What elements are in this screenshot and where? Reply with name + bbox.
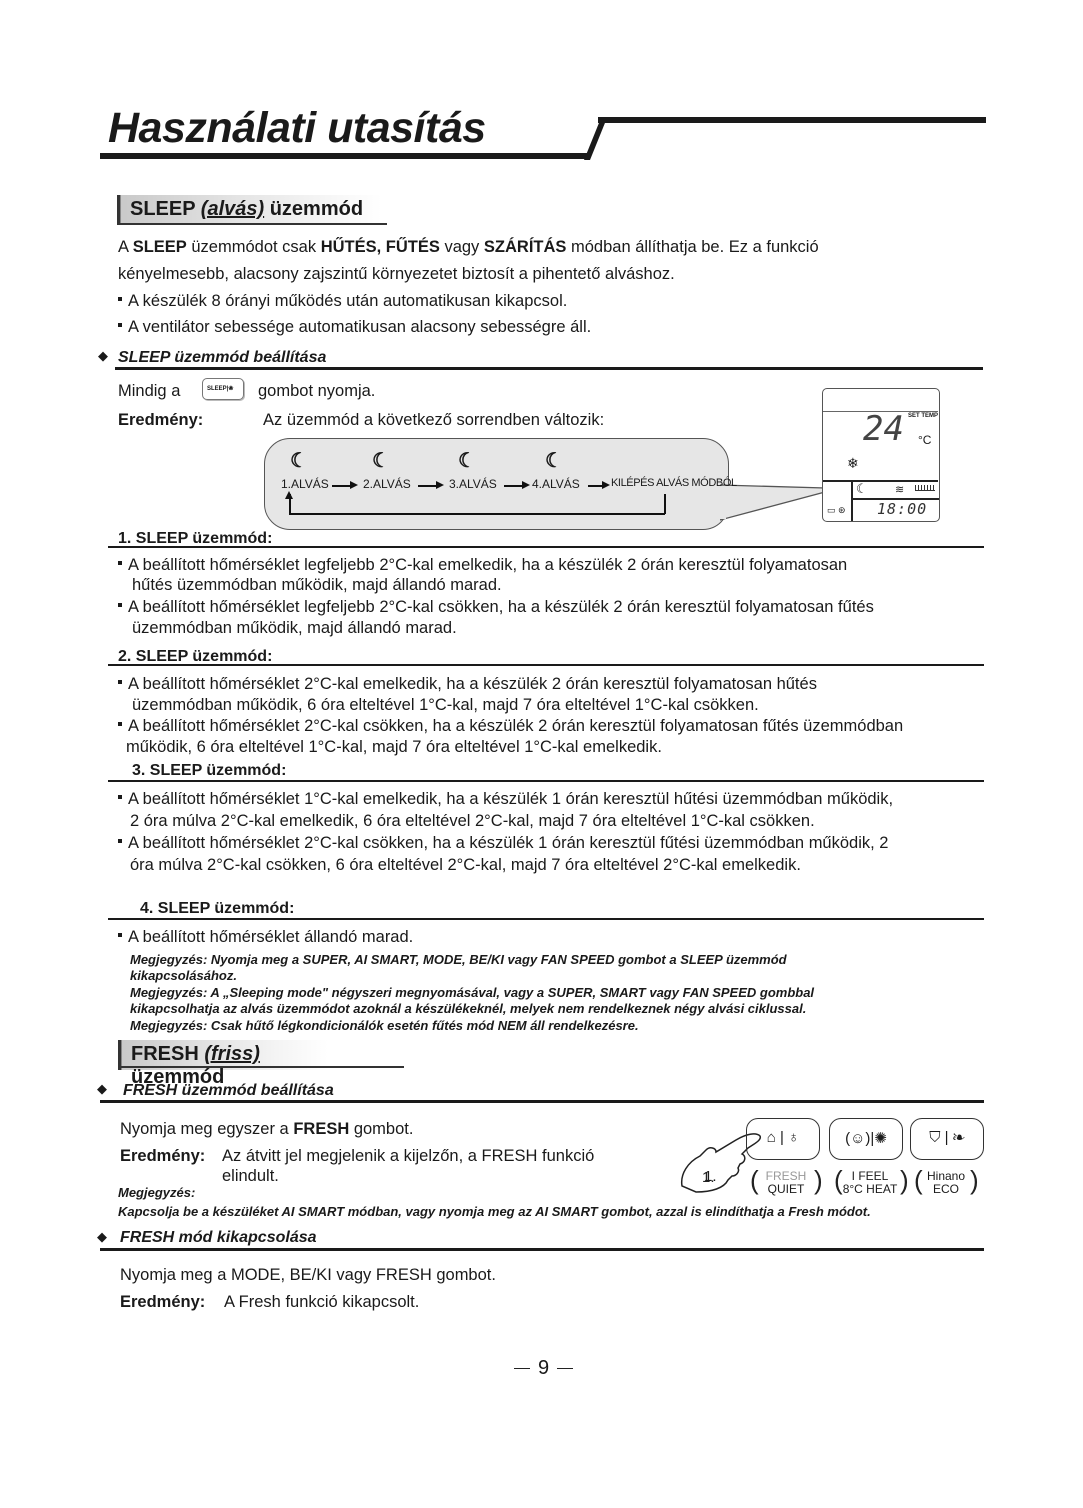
sleep-setting-heading: SLEEP üzemmód beállítása (118, 349, 326, 367)
bullet-icon (118, 795, 122, 799)
fresh-result-label: Eredmény: (120, 1145, 205, 1167)
ifeel-heat-label: I FEEL 8°C HEAT (840, 1170, 900, 1196)
sequence-step: 3.ALVÁS (449, 477, 497, 491)
bullet-icon (118, 933, 122, 937)
bullet-icon (118, 297, 122, 301)
bullet-icon (118, 561, 122, 565)
sleep-header-italic: (alvás) (201, 198, 264, 220)
dash (514, 1368, 530, 1370)
mode-bullet: A beállított hőmérséklet 2°C-kal csökken… (118, 832, 888, 854)
fresh-setting-rule (100, 1100, 984, 1103)
lcd-time: 18:00 (877, 500, 927, 518)
sleep-header-main: SLEEP (130, 198, 201, 220)
house-leaf-icon: ⌂ (767, 1129, 776, 1146)
mode-bullet: A beállított hőmérséklet 2°C-kal csökken… (118, 715, 903, 737)
bracket-right: ) (970, 1165, 979, 1196)
sequence-step: 1.ALVÁS (281, 477, 329, 491)
title-rule (100, 153, 590, 159)
fresh-off-rule (100, 1248, 984, 1251)
eco-leaf-icon: ❧ (953, 1129, 965, 1146)
sequence-step: 2.ALVÁS (363, 477, 411, 491)
lcd-display: 24 SET TEMP °C ❄ ☾ ≋ ▭ ⊛ 18:00 (822, 388, 940, 522)
lcd-set-temp: SET TEMP (908, 413, 938, 419)
sleep-note: kikapcsolhatja az alvás üzemmódot azokná… (130, 1000, 806, 1017)
fresh-off-heading: FRESH mód kikapcsolása (120, 1229, 317, 1247)
page-number: 9 (506, 1357, 581, 1380)
sleep-header-underline (117, 223, 387, 225)
dash (557, 1368, 573, 1370)
sleep-header-tail: üzemmód (264, 198, 363, 220)
sleep-note: Megjegyzés: A „Sleeping mode" négyszeri … (130, 984, 814, 1001)
fresh-note-text: Kapcsolja be a készüléket AI SMART módba… (118, 1203, 871, 1220)
mode-bullet-cont: 2 óra múlva 2°C-kal emelkedik, 6 óra elt… (130, 810, 815, 832)
moon-icon-4: ☾ (545, 448, 563, 473)
result-label: Eredmény: (118, 409, 203, 431)
page-title: Használati utasítás (108, 104, 486, 153)
bullet-icon (118, 839, 122, 843)
fresh-setting-heading: FRESH üzemmód beállítása (123, 1082, 334, 1100)
sleep-button-label: SLEEP (207, 386, 227, 392)
fresh-result-text-cont: elindult. (222, 1165, 279, 1187)
sleep-note: Megjegyzés: Nyomja meg a SUPER, AI SMART… (130, 951, 787, 968)
press-text-a: Mindig a (118, 380, 180, 402)
loop-line (664, 494, 666, 514)
press-text-b: gombot nyomja. (258, 380, 375, 402)
bracket-right: ) (814, 1165, 823, 1196)
arrow-line (504, 485, 524, 487)
sleep-note: kikapcsolásához. (130, 967, 237, 984)
section-rule (108, 780, 984, 782)
arrow-up-icon (285, 491, 293, 499)
loop-line (289, 513, 665, 515)
step-label: 1. (704, 1168, 717, 1185)
fresh-press-text: Nyomja meg egyszer a FRESH gombot. (120, 1118, 413, 1140)
moon-icon-3: ☾ (458, 448, 476, 473)
ifeel-heat-button[interactable]: (☺)|✺ (829, 1118, 903, 1160)
diamond-icon: ◆ (98, 348, 108, 364)
mode-bullet-cont: üzemmódban működik, 6 óra elteltével 1°C… (132, 694, 759, 716)
person-sense-icon: (☺) (845, 1130, 870, 1147)
sleep-intro-bullet: A készülék 8 órányi működés után automat… (118, 290, 567, 312)
mode-bullet: A beállított hőmérséklet 2°C-kal emelked… (118, 673, 817, 695)
bullet-icon (118, 680, 122, 684)
mode-bullet-cont: hűtés üzemmódban működik, majd állandó m… (132, 574, 502, 596)
bullet-icon (118, 323, 122, 327)
sleep-button[interactable]: SLEEP|❀ (202, 378, 244, 400)
lcd-sleep-icon: ☾ (856, 481, 868, 497)
sleep-mode-3-heading: 3. SLEEP üzemmód: (132, 762, 286, 780)
lcd-fan-speed-icon (915, 485, 935, 491)
arrow-right-icon (522, 481, 530, 489)
fresh-quiet-label: FRESH QUIET (758, 1170, 814, 1196)
mode-bullet: A beállított hőmérséklet legfeljebb 2°C-… (118, 554, 847, 576)
arrow-right-icon (350, 481, 358, 489)
lcd-temperature: 24 (863, 409, 904, 449)
fresh-off-result-text: A Fresh funkció kikapcsolt. (224, 1291, 419, 1313)
fresh-note-label: Megjegyzés: (118, 1184, 195, 1201)
bullet-icon (118, 603, 122, 607)
shield-icon: ⛉ (929, 1129, 940, 1146)
moon-icon-1: ☾ (290, 448, 308, 473)
section-rule (108, 918, 984, 920)
fresh-off-press: Nyomja meg a MODE, BE/KI vagy FRESH gomb… (120, 1264, 496, 1286)
arrow-line (418, 485, 438, 487)
mode-bullet: A beállított hőmérséklet állandó marad. (118, 926, 413, 948)
section-rule (108, 664, 984, 666)
sleep-note: Megjegyzés: Csak hűtő légkondicionálók e… (130, 1017, 639, 1034)
hinano-eco-label: Hinano ECO (922, 1170, 970, 1196)
arrow-line (332, 485, 352, 487)
bullet-icon (118, 722, 122, 726)
quiet-icon: ♁ (788, 1129, 799, 1146)
sequence-exit: KILÉPÉS ALVÁS MÓDBÓL (611, 477, 737, 489)
sleep-mode-4-heading: 4. SLEEP üzemmód: (140, 900, 294, 918)
sleep-intro-bullet: A ventilátor sebessége automatikusan ala… (118, 316, 591, 338)
lcd-timer-fan-icon: ▭ ⊛ (827, 505, 846, 516)
sleep-setting-rule (115, 367, 983, 370)
title-rule-right (598, 117, 986, 123)
diamond-icon: ◆ (97, 1229, 107, 1245)
diamond-icon: ◆ (97, 1081, 107, 1097)
arrow-right-icon (602, 481, 610, 489)
fresh-header-underline (118, 1066, 404, 1068)
bracket-right: ) (900, 1165, 909, 1196)
sleep-section-header: SLEEP (alvás) üzemmód (117, 195, 382, 225)
mode-bullet-cont: működik, 6 óra elteltével 1°C-kal, majd … (126, 736, 662, 758)
hinano-eco-button[interactable]: ⛉ | ❧ (910, 1118, 984, 1160)
fan-icon: |❀ (227, 386, 234, 392)
fresh-header-italic: (friss) (204, 1043, 260, 1065)
snowflake-icon: ❄ (847, 455, 859, 472)
lcd-swing-icon: ≋ (895, 483, 904, 496)
fresh-quiet-button[interactable]: ⌂ | ♁ (746, 1118, 820, 1160)
lcd-unit: °C (918, 433, 931, 447)
fresh-header-main: FRESH (131, 1043, 204, 1065)
heat-icon: ✺ (874, 1130, 887, 1147)
fresh-off-result-label: Eredmény: (120, 1291, 205, 1313)
section-rule (108, 546, 984, 548)
mode-bullet: A beállított hőmérséklet legfeljebb 2°C-… (118, 596, 874, 618)
sleep-intro-line-2: kényelmesebb, alacsony zajszintű környez… (118, 263, 675, 285)
mode-bullet-cont: üzemmódban működik, majd állandó marad. (132, 617, 457, 639)
sequence-step: 4.ALVÁS (532, 477, 580, 491)
mode-bullet: A beállított hőmérséklet 1°C-kal emelked… (118, 788, 893, 810)
fresh-result-text: Az átvitt jel megjelenik a kijelzőn, a F… (222, 1145, 594, 1167)
mode-bullet-cont: óra múlva 2°C-kal csökken, 6 óra eltelté… (130, 854, 801, 876)
result-text: Az üzemmód a következő sorrendben változ… (263, 409, 604, 431)
sleep-intro-line-1: A SLEEP üzemmódot csak HŰTÉS, FŰTÉS vagy… (118, 236, 819, 258)
arrow-right-icon (436, 481, 444, 489)
moon-icon-2: ☾ (372, 448, 390, 473)
title-rule-slant (584, 118, 607, 160)
